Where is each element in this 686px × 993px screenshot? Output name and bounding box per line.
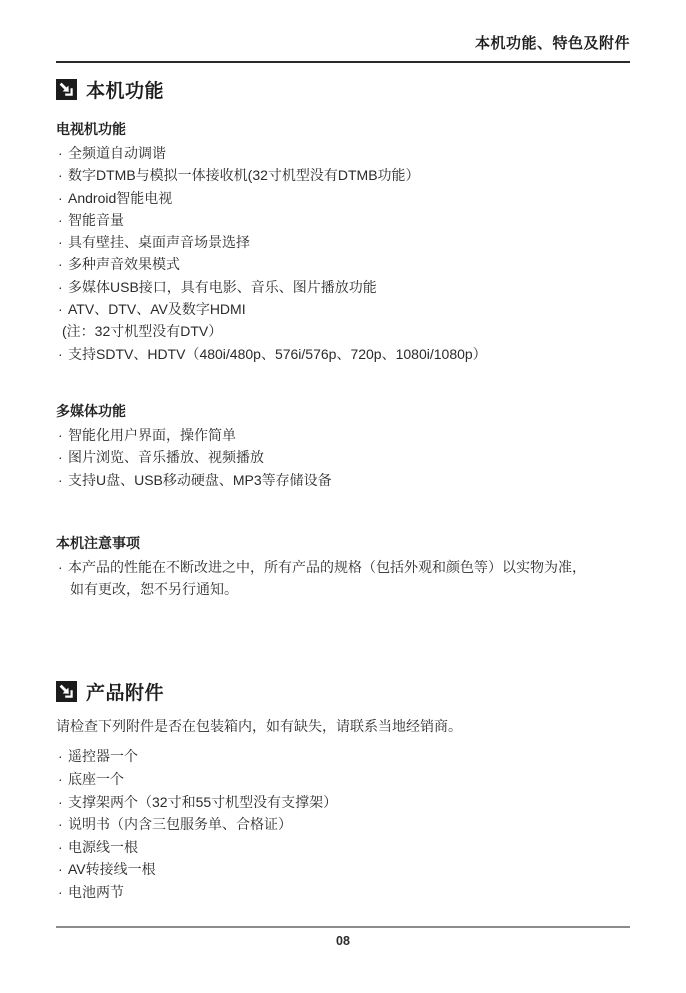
list-item-cont: 如有更改，恕不另行通知。 [56, 578, 630, 600]
bullet-dot: · [56, 556, 68, 578]
bullet-dot: · [56, 446, 68, 468]
bullet-dot: · [56, 745, 68, 768]
list-item-text: 本产品的性能在不断改进之中，所有产品的规格（包括外观和颜色等）以实物为准， [68, 556, 586, 578]
page-number: 08 [56, 934, 630, 948]
notes-list: ·本产品的性能在不断改进之中，所有产品的规格（包括外观和颜色等）以实物为准，如有… [56, 556, 630, 601]
list-item-note: (注：32寸机型没有DTV） [56, 320, 630, 342]
tv-feature-list: ·全频道自动调谐·数字DTMB与模拟一体接收机(32寸机型没有DTMB功能）·A… [56, 142, 630, 365]
page-footer: 08 [56, 926, 630, 948]
list-item-text: 支持U盘、USB移动硬盘、MP3等存储设备 [68, 469, 332, 491]
bullet-dot: · [56, 424, 68, 446]
bullet-dot: · [56, 813, 68, 836]
bullet-dot: · [56, 343, 68, 365]
header-rule [56, 61, 630, 63]
corner-arrow-icon [56, 681, 77, 702]
accessories-list: ·遥控器一个·底座一个·支撑架两个（32寸和55寸机型没有支撑架）·说明书（内含… [56, 745, 630, 903]
list-item: ·全频道自动调谐 [56, 142, 630, 164]
list-item-text: 如有更改，恕不另行通知。 [70, 578, 238, 600]
bullet-dot: · [56, 253, 68, 275]
section-accessories: 产品附件 请检查下列附件是否在包装箱内，如有缺失，请联系当地经销商。 ·遥控器一… [56, 678, 630, 903]
list-item-text: 支持SDTV、HDTV（480i/480p、576i/576p、720p、108… [68, 343, 487, 365]
bullet-dot: · [56, 836, 68, 859]
list-item: ·支持SDTV、HDTV（480i/480p、576i/576p、720p、10… [56, 343, 630, 365]
bullet-dot: · [56, 298, 68, 320]
list-item-text: (注：32寸机型没有DTV） [62, 320, 222, 342]
bullet-dot: · [56, 881, 68, 904]
list-item: ·底座一个 [56, 768, 630, 791]
list-item: ·ATV、DTV、AV及数字HDMI [56, 298, 630, 320]
section-title-text: 产品附件 [86, 678, 164, 705]
list-item-text: 底座一个 [68, 768, 124, 791]
list-item-text: 多种声音效果模式 [68, 253, 180, 275]
corner-arrow-icon [56, 79, 77, 100]
list-item: ·智能音量 [56, 209, 630, 231]
list-item: ·遥控器一个 [56, 745, 630, 768]
footer-rule [56, 926, 630, 928]
bullet-dot: · [56, 276, 68, 298]
list-item-text: 说明书（内含三包服务单、合格证） [68, 813, 292, 836]
subsection-heading-tv: 电视机功能 [56, 121, 630, 138]
section-title-features: 本机功能 [56, 76, 630, 103]
list-item-text: 数字DTMB与模拟一体接收机(32寸机型没有DTMB功能） [68, 164, 420, 186]
list-item: ·本产品的性能在不断改进之中，所有产品的规格（包括外观和颜色等）以实物为准， [56, 556, 630, 578]
list-item-text: 遥控器一个 [68, 745, 138, 768]
list-item-text: 全频道自动调谐 [68, 142, 166, 164]
list-item-text: 电池两节 [68, 881, 124, 904]
list-item: ·电源线一根 [56, 836, 630, 859]
accessories-intro: 请检查下列附件是否在包装箱内，如有缺失，请联系当地经销商。 [56, 716, 630, 736]
bullet-dot: · [56, 187, 68, 209]
list-item-text: 图片浏览、音乐播放、视频播放 [68, 446, 264, 468]
list-item: ·图片浏览、音乐播放、视频播放 [56, 446, 630, 468]
subsection-heading-notes: 本机注意事项 [56, 535, 630, 552]
section-features: 本机功能 电视机功能 ·全频道自动调谐·数字DTMB与模拟一体接收机(32寸机型… [56, 76, 630, 600]
bullet-dot: · [56, 209, 68, 231]
subsection-heading-multimedia: 多媒体功能 [56, 403, 630, 420]
list-item: ·AV转接线一根 [56, 858, 630, 881]
list-item: ·智能化用户界面，操作简单 [56, 424, 630, 446]
list-item: ·多种声音效果模式 [56, 253, 630, 275]
list-item: ·Android智能电视 [56, 187, 630, 209]
list-item: ·电池两节 [56, 881, 630, 904]
bullet-dot: · [56, 768, 68, 791]
list-item: ·支撑架两个（32寸和55寸机型没有支撑架） [56, 791, 630, 814]
list-item-text: AV转接线一根 [68, 858, 156, 881]
section-title-text: 本机功能 [86, 76, 164, 103]
bullet-dot: · [56, 858, 68, 881]
list-item-text: 具有壁挂、桌面声音场景选择 [68, 231, 250, 253]
bullet-dot: · [56, 791, 68, 814]
list-item: ·数字DTMB与模拟一体接收机(32寸机型没有DTMB功能） [56, 164, 630, 186]
bullet-dot: · [56, 469, 68, 491]
list-item: ·多媒体USB接口，具有电影、音乐、图片播放功能 [56, 276, 630, 298]
list-item-text: 智能音量 [68, 209, 124, 231]
bullet-dot: · [56, 164, 68, 186]
list-item-text: 电源线一根 [68, 836, 138, 859]
list-item-text: Android智能电视 [68, 187, 172, 209]
list-item-text: 智能化用户界面，操作简单 [68, 424, 236, 446]
section-title-accessories: 产品附件 [56, 678, 630, 705]
list-item-text: 多媒体USB接口，具有电影、音乐、图片播放功能 [68, 276, 377, 298]
manual-page: 本机功能、特色及附件 本机功能 电视机功能 ·全频道自动调谐·数字DTMB与模拟… [0, 0, 686, 993]
list-item: ·支持U盘、USB移动硬盘、MP3等存储设备 [56, 469, 630, 491]
list-item-text: ATV、DTV、AV及数字HDMI [68, 298, 246, 320]
bullet-dot: · [56, 142, 68, 164]
page-header-title: 本机功能、特色及附件 [56, 0, 630, 54]
list-item: ·说明书（内含三包服务单、合格证） [56, 813, 630, 836]
list-item: ·具有壁挂、桌面声音场景选择 [56, 231, 630, 253]
bullet-dot: · [56, 231, 68, 253]
list-item-text: 支撑架两个（32寸和55寸机型没有支撑架） [68, 791, 337, 814]
multimedia-feature-list: ·智能化用户界面，操作简单·图片浏览、音乐播放、视频播放·支持U盘、USB移动硬… [56, 424, 630, 491]
